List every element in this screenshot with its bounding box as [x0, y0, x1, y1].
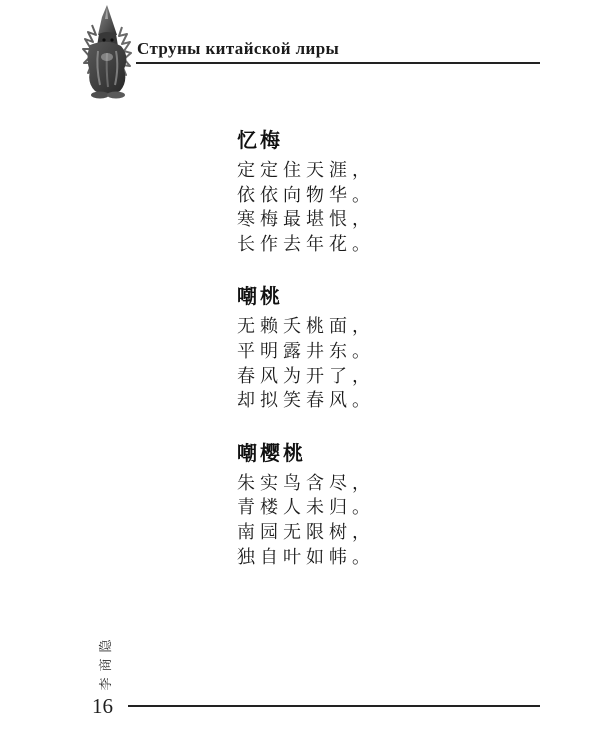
- poem-line: 却拟笑春风。: [237, 389, 467, 414]
- poem-title: 忆梅: [237, 129, 467, 151]
- poem-title: 嘲桃: [237, 285, 467, 307]
- running-title: Струны китайской лиры: [137, 39, 339, 59]
- poem-line: 春风为开了，: [237, 365, 467, 390]
- poem-line: 定定住天涯，: [237, 159, 467, 184]
- poem-line: 依依向物华。: [237, 184, 467, 209]
- poem-line: 无赖夭桃面，: [237, 315, 467, 340]
- poem-line: 长作去年花。: [237, 233, 467, 258]
- poem-title: 嘲樱桃: [237, 442, 467, 464]
- poems-column: 忆梅 定定住天涯， 依依向物华。 寒梅最堪恨， 长作去年花。 嘲桃 无赖夭桃面，…: [237, 129, 467, 598]
- poem-line: 朱实鸟含尽，: [237, 472, 467, 497]
- chinese-statue-figurine-image: [74, 5, 140, 100]
- footer-rule: [128, 705, 540, 707]
- poem-line: 平明露井东。: [237, 340, 467, 365]
- poem-line: 青楼人未归。: [237, 496, 467, 521]
- poem-yimei: 忆梅 定定住天涯， 依依向物华。 寒梅最堪恨， 长作去年花。: [237, 129, 467, 257]
- author-vertical-label: 李商隐: [95, 627, 111, 697]
- poem-chaotao: 嘲桃 无赖夭桃面， 平明露井东。 春风为开了， 却拟笑春风。: [237, 285, 467, 413]
- poem-line: 南园无限树，: [237, 521, 467, 546]
- page-number: 16: [92, 694, 113, 719]
- poem-line: 寒梅最堪恨，: [237, 208, 467, 233]
- poem-line: 独自叶如帏。: [237, 546, 467, 571]
- header-rule: [136, 62, 540, 64]
- poem-chaoyingtao: 嘲樱桃 朱实鸟含尽， 青楼人未归。 南园无限树， 独自叶如帏。: [237, 442, 467, 570]
- book-page: Струны китайской лиры 忆梅 定定住天涯， 依依向物华。 寒…: [0, 0, 600, 750]
